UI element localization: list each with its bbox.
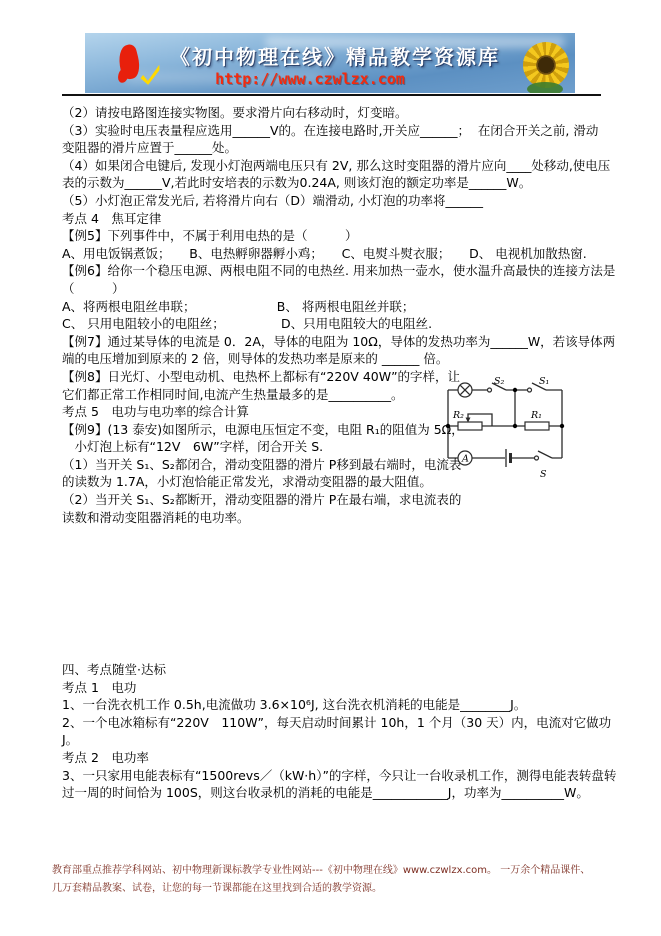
text-line: 过一周的时间恰为 100S，则这台收录机的消耗的电能是____________J…: [62, 784, 612, 802]
text-line: 【例5】下列事件中，不属于利用电热的是（ ）: [62, 227, 607, 245]
site-banner: 《初中物理在线》精品教学资源库 http://www.czwlzx.com: [85, 33, 575, 93]
site-footer-text: 教育部重点推荐学科网站、初中物理新课标教学专业性网站---《初中物理在线》www…: [52, 862, 627, 898]
switch-s1-contact: [528, 388, 532, 392]
text-line: 四、考点随堂·达标: [62, 661, 612, 679]
circuit-diagram-figure: S₂ S₁ R₂ R₁ A S: [444, 376, 606, 490]
text-line: （4）如果闭合电键后, 发现小灯泡两端电压只有 2V, 那么这时变阻器的滑片应向…: [62, 157, 607, 175]
switch-s2-contact: [488, 388, 492, 392]
practice-section-text: 四、考点随堂·达标考点 1 电功1、一台洗衣机工作 0.5h,电流做功 3.6×…: [62, 661, 612, 802]
junction-dot: [513, 424, 517, 428]
resistor-r1-label: R₁: [530, 410, 542, 421]
switch-s-contact: [535, 456, 539, 460]
switch-s-label: S: [540, 469, 547, 480]
text-line: 表的示数为______V,若此时安培表的示数为0.24A, 则该灯泡的额定功率是…: [62, 174, 607, 192]
ammeter-label: A: [461, 454, 469, 465]
circuit-diagram: S₂ S₁ R₂ R₁ A S: [444, 376, 606, 490]
junction-dot: [446, 424, 450, 428]
text-line: 【例7】通过某导体的电流是 0．2A，导体的电阻为 10Ω，导体的发热功率为__…: [62, 333, 607, 351]
switch-s2-label: S₂: [494, 376, 505, 387]
junction-dot: [513, 388, 517, 392]
text-line: 变阻器的滑片应置于______处。: [62, 139, 607, 157]
text-line: 教育部重点推荐学科网站、初中物理新课标教学专业性网站---《初中物理在线》www…: [52, 862, 627, 880]
rheostat-r2-symbol: [458, 422, 482, 430]
resistor-r1-symbol: [525, 422, 549, 430]
text-line: A、将两根电阻丝串联； B、 将两根电阻丝并联；: [62, 298, 607, 316]
worksheet-page: { "colors": { "banner_url": "#f32a0e", "…: [0, 0, 661, 936]
text-line: 考点 2 电功率: [62, 749, 612, 767]
sunflower-image: [523, 42, 569, 88]
text-line: 3、一只家用电能表标有“1500revs／（kW·h）”的字样，今只让一台收录机…: [62, 767, 612, 785]
text-line: （ ）: [62, 280, 607, 298]
switch-s1-label: S₁: [539, 376, 549, 387]
text-line: C、 只用电阻较小的电阻丝； D、只用电阻较大的电阻丝.: [62, 315, 607, 333]
text-line: 1、一台洗衣机工作 0.5h,电流做功 3.6×10⁶J, 这台洗衣机消耗的电能…: [62, 696, 612, 714]
junction-dot: [560, 424, 564, 428]
text-line: （3）实验时电压表量程应选用______V的。在连接电路时,开关应______；…: [62, 122, 607, 140]
text-line: 【例6】给你一个稳压电源、两根电阻不同的电热丝. 用来加热一壶水，使水温升高最快…: [62, 262, 607, 280]
header-divider: [62, 94, 601, 96]
text-line: 考点 1 电功: [62, 679, 612, 697]
text-line: （2）请按电路图连接实物图。要求滑片向右移动时，灯变暗。: [62, 104, 607, 122]
text-line: 考点 4 焦耳定律: [62, 210, 607, 228]
text-line: 2、一个电冰箱标有“220V 110W”，每天启动时间累计 10h，1 个月（3…: [62, 714, 612, 732]
text-line: A、用电饭锅煮饭； B、电热孵卵器孵小鸡； C、电熨斗熨衣服； D、 电视机加散…: [62, 245, 607, 263]
banner-title: 《初中物理在线》精品教学资源库: [145, 41, 525, 70]
text-line: （5）小灯泡正常发光后, 若将滑片向右（D）端滑动, 小灯泡的功率将______: [62, 192, 607, 210]
text-line: （2）当开关 S₁、S₂都断开，滑动变阻器的滑片 P在最右端，求电流表的: [62, 491, 607, 509]
text-line: 读数和滑动变阻器消耗的电功率。: [62, 509, 607, 527]
text-line: J。: [62, 731, 612, 749]
text-line: 端的电压增加到原来的 2 倍，则导体的发热功率是原来的 ______ 倍。: [62, 350, 607, 368]
banner-url-link[interactable]: http://www.czwlzx.com: [125, 70, 495, 88]
switch-s-blade: [538, 451, 552, 458]
rheostat-r2-label: R₂: [452, 410, 464, 421]
text-line: 几万套精品教案、试卷，让您的每一节课都能在这里找到合适的教学资源。: [52, 880, 627, 898]
